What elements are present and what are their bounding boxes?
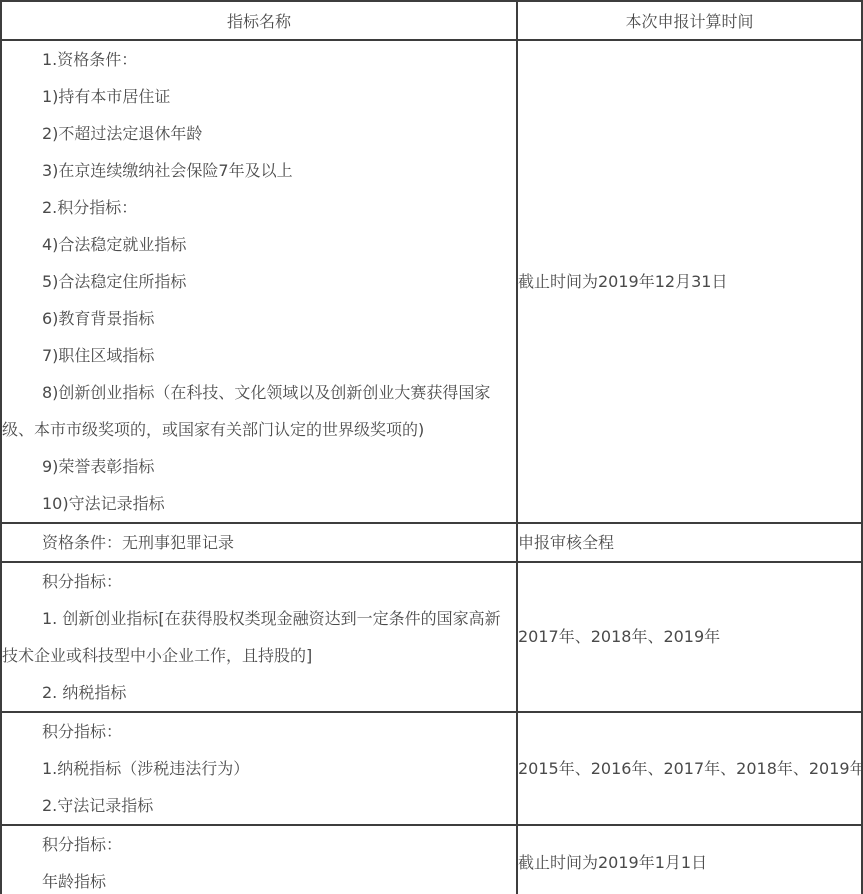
time-cell: 截止时间为2019年12月31日 — [517, 40, 862, 523]
table-row: 资格条件：无刑事犯罪记录申报审核全程 — [1, 523, 862, 562]
indicator-line: 资格条件：无刑事犯罪记录 — [2, 524, 516, 561]
indicator-cell: 积分指标：1.纳税指标（涉税违法行为）2.守法记录指标 — [1, 712, 517, 825]
indicator-line: 1. 创新创业指标[在获得股权类现金融资达到一定条件的国家高新技术企业或科技型中… — [2, 600, 516, 674]
table-row: 1.资格条件：1)持有本市居住证2)不超过法定退休年龄3)在京连续缴纳社会保险7… — [1, 40, 862, 523]
indicator-line: 4)合法稳定就业指标 — [2, 226, 516, 263]
indicator-cell: 1.资格条件：1)持有本市居住证2)不超过法定退休年龄3)在京连续缴纳社会保险7… — [1, 40, 517, 523]
time-value: 申报审核全程 — [518, 533, 614, 552]
header-row: 指标名称 本次申报计算时间 — [1, 1, 862, 40]
indicator-line: 年龄指标 — [2, 863, 516, 894]
table-row: 积分指标：1.纳税指标（涉税违法行为）2.守法记录指标2015年、2016年、2… — [1, 712, 862, 825]
time-cell: 截止时间为2019年1月1日 — [517, 825, 862, 894]
column-header-time: 本次申报计算时间 — [517, 1, 862, 40]
criteria-table: 指标名称 本次申报计算时间 1.资格条件：1)持有本市居住证2)不超过法定退休年… — [0, 0, 863, 894]
time-value: 2015年、2016年、2017年、2018年、2019年 — [518, 759, 862, 778]
indicator-line: 2.守法记录指标 — [2, 787, 516, 824]
indicator-line: 积分指标： — [2, 826, 516, 863]
time-value: 2017年、2018年、2019年 — [518, 627, 720, 646]
indicator-line: 积分指标： — [2, 713, 516, 750]
indicator-line: 2. 纳税指标 — [2, 674, 516, 711]
time-cell: 申报审核全程 — [517, 523, 862, 562]
indicator-line: 10)守法记录指标 — [2, 485, 516, 522]
indicator-line: 2.积分指标： — [2, 189, 516, 226]
time-cell: 2017年、2018年、2019年 — [517, 562, 862, 712]
indicator-cell: 积分指标：年龄指标 — [1, 825, 517, 894]
indicator-line: 9)荣誉表彰指标 — [2, 448, 516, 485]
time-value: 截止时间为2019年12月31日 — [518, 272, 727, 291]
time-value: 截止时间为2019年1月1日 — [518, 853, 707, 872]
time-cell: 2015年、2016年、2017年、2018年、2019年 — [517, 712, 862, 825]
indicator-line: 7)职住区域指标 — [2, 337, 516, 374]
indicator-cell: 积分指标：1. 创新创业指标[在获得股权类现金融资达到一定条件的国家高新技术企业… — [1, 562, 517, 712]
table-row: 积分指标：年龄指标截止时间为2019年1月1日 — [1, 825, 862, 894]
indicator-line: 1)持有本市居住证 — [2, 78, 516, 115]
indicator-line: 积分指标： — [2, 563, 516, 600]
indicator-line: 8)创新创业指标（在科技、文化领域以及创新创业大赛获得国家级、本市市级奖项的，或… — [2, 374, 516, 448]
indicator-line: 6)教育背景指标 — [2, 300, 516, 337]
indicator-line: 5)合法稳定住所指标 — [2, 263, 516, 300]
indicator-line: 1.纳税指标（涉税违法行为） — [2, 750, 516, 787]
indicator-cell: 资格条件：无刑事犯罪记录 — [1, 523, 517, 562]
column-header-indicator: 指标名称 — [1, 1, 517, 40]
indicator-line: 1.资格条件： — [2, 41, 516, 78]
indicator-line: 2)不超过法定退休年龄 — [2, 115, 516, 152]
indicator-line: 3)在京连续缴纳社会保险7年及以上 — [2, 152, 516, 189]
table-row: 积分指标：1. 创新创业指标[在获得股权类现金融资达到一定条件的国家高新技术企业… — [1, 562, 862, 712]
